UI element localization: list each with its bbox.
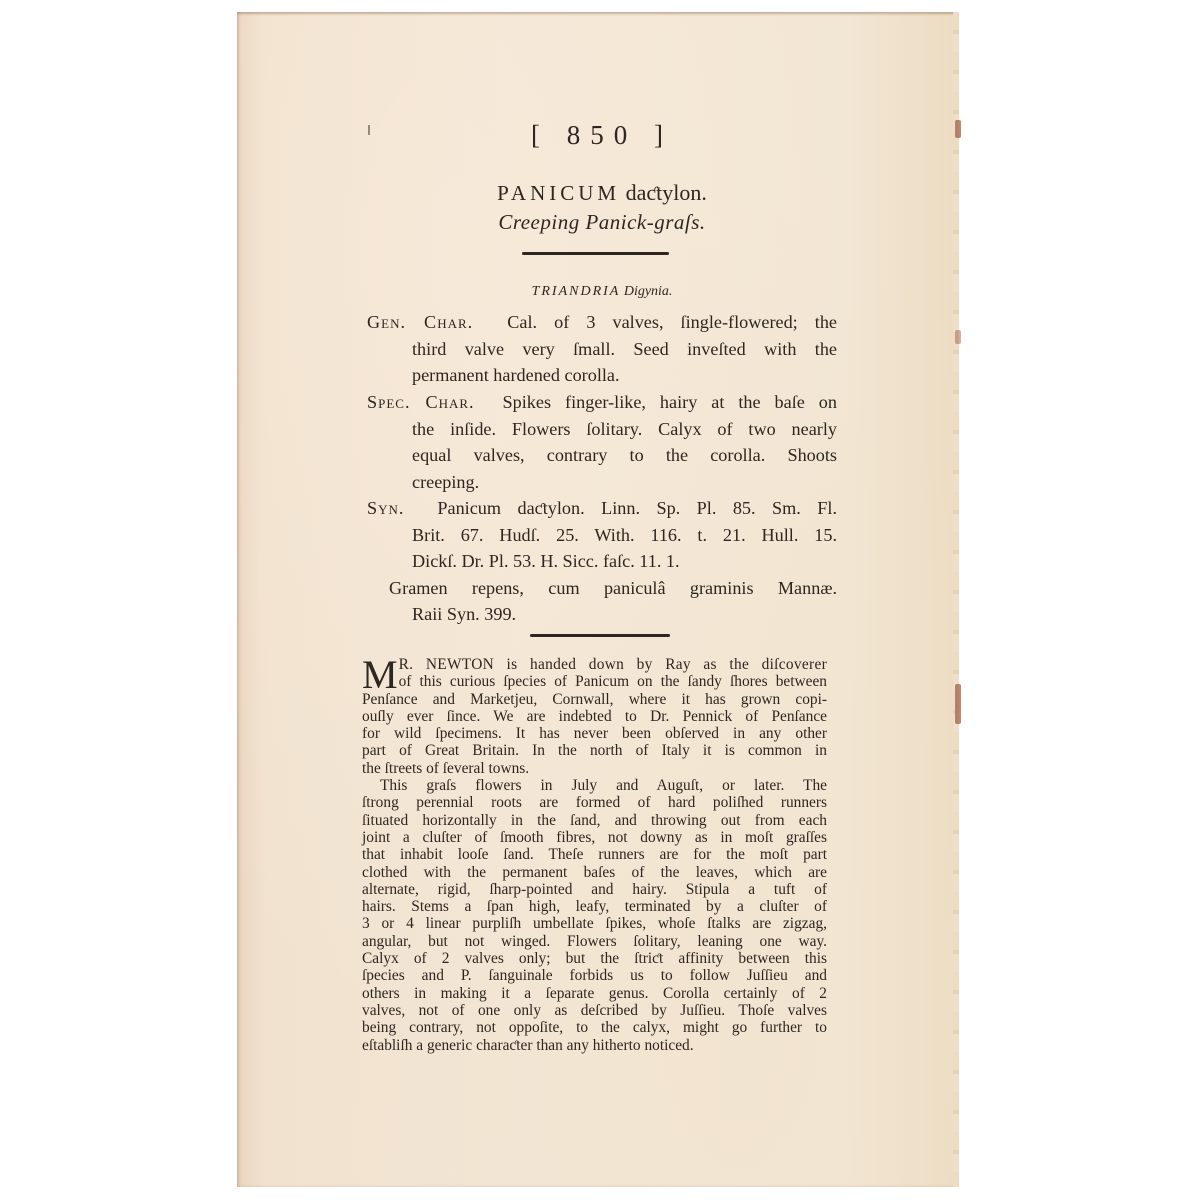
gen-char-label: Gen. Char. [367, 312, 473, 332]
body-line: ſpecies and P. ſanguinale forbids us to … [362, 967, 827, 984]
divider-rule [530, 634, 670, 637]
common-name: Creeping Panick-graſs. [367, 210, 837, 235]
synonyms: Syn. Panicum daƈtylon. Linn. Sp. Pl. 85.… [367, 495, 837, 628]
body-line: Penſance and Marketjeu, Cornwall, where … [362, 691, 827, 708]
body-line: This graſs flowers in July and Auguſt, o… [362, 777, 827, 794]
generic-character: Gen. Char. Cal. of 3 valves, ſingle-flow… [367, 309, 837, 389]
body-line: clothed with the permanent baſes of the … [362, 864, 827, 881]
body-line: Calyx of 2 valves only; but the ſtriƈt a… [362, 950, 827, 967]
body-line: 3 or 4 linear purpliſh umbellate ſpikes,… [362, 915, 827, 932]
classification: TRIANDRIA Digynia. [367, 284, 837, 300]
syn-line: Panicum daƈtylon. Linn. Sp. Pl. 85. Sm. … [437, 498, 837, 518]
book-page: [ 850 ] PANICUM daƈtylon. Creeping Panic… [237, 12, 955, 1187]
body-line: eſtabliſh a generic charaƈter than any h… [362, 1037, 827, 1054]
class-name: TRIANDRIA [532, 284, 621, 299]
body-line: ouſly ever ſince. We are indebted to Dr.… [362, 708, 827, 725]
body-line: that inhabit looſe ſand. Theſe runners a… [362, 846, 827, 863]
spec-char-line: Spikes finger-like, hairy at the baſe on [503, 392, 837, 412]
spec-char-label: Spec. Char. [367, 392, 475, 412]
species-epithet: daƈtylon. [626, 180, 707, 205]
gen-char-line: Cal. of 3 valves, ſingle-flowered; the [507, 312, 837, 332]
order-name: Digynia. [624, 284, 673, 299]
body-line: alternate, rigid, ſharp-pointed and hair… [362, 881, 827, 898]
syn-line: Raii Syn. 399. [367, 601, 837, 628]
gen-char-line: permanent hardened corolla. [367, 362, 837, 389]
divider-rule [522, 252, 669, 255]
spec-char-line: equal valves, contrary to the corolla. S… [367, 442, 837, 469]
syn-line: Dickſ. Dr. Pl. 53. H. Sicc. faſc. 11. 1. [367, 548, 837, 575]
deckled-edge [953, 12, 959, 1187]
body-line: part of Great Britain. In the north of I… [362, 742, 827, 759]
spec-char-line: creeping. [367, 469, 837, 496]
body-line: for wild ſpecimens. It has never been ob… [362, 725, 827, 742]
specific-character: Spec. Char. Spikes finger-like, hairy at… [367, 389, 837, 495]
body-line: being contrary, not oppoſite, to the cal… [362, 1019, 827, 1036]
body-line: valves, not of one only as deſcribed by … [362, 1002, 827, 1019]
syn-label: Syn. [367, 498, 404, 518]
body-line: angular, but not winged. Flowers ſolitar… [362, 933, 827, 950]
page-number: [ 850 ] [367, 120, 837, 151]
spec-char-line: the inſide. Flowers ſolitary. Calyx of t… [367, 416, 837, 443]
drop-cap: M [362, 660, 398, 690]
body-line: others in making it a ſeparate genus. Co… [362, 985, 827, 1002]
body-line: the ſtreets of ſeveral towns. [362, 760, 827, 777]
body-line: hairs. Stems a ſpan high, leafy, termina… [362, 898, 827, 915]
edge-stain [955, 684, 961, 724]
description-body: M R. NEWTON is handed down by Ray as the… [362, 656, 827, 1054]
body-line: joint a cluſter of ſmooth fibres, not do… [362, 829, 827, 846]
gen-char-line: third valve very ſmall. Seed inveſted wi… [367, 336, 837, 363]
body-line: ſtrong perennial roots are formed of har… [362, 794, 827, 811]
syn-line: Brit. 67. Hudſ. 25. With. 116. t. 21. Hu… [367, 522, 837, 549]
body-line: of this curious ſpecies of Panicum on th… [362, 673, 827, 690]
species-title: PANICUM daƈtylon. [367, 180, 837, 206]
body-line: R. NEWTON is handed down by Ray as the d… [362, 656, 827, 673]
edge-stain [955, 120, 961, 138]
genus-name: PANICUM [497, 181, 620, 205]
body-line: ſituated horizontally in the ſand, and t… [362, 812, 827, 829]
syn-line: Gramen repens, cum paniculâ graminis Man… [367, 575, 837, 602]
edge-stain [955, 330, 961, 344]
